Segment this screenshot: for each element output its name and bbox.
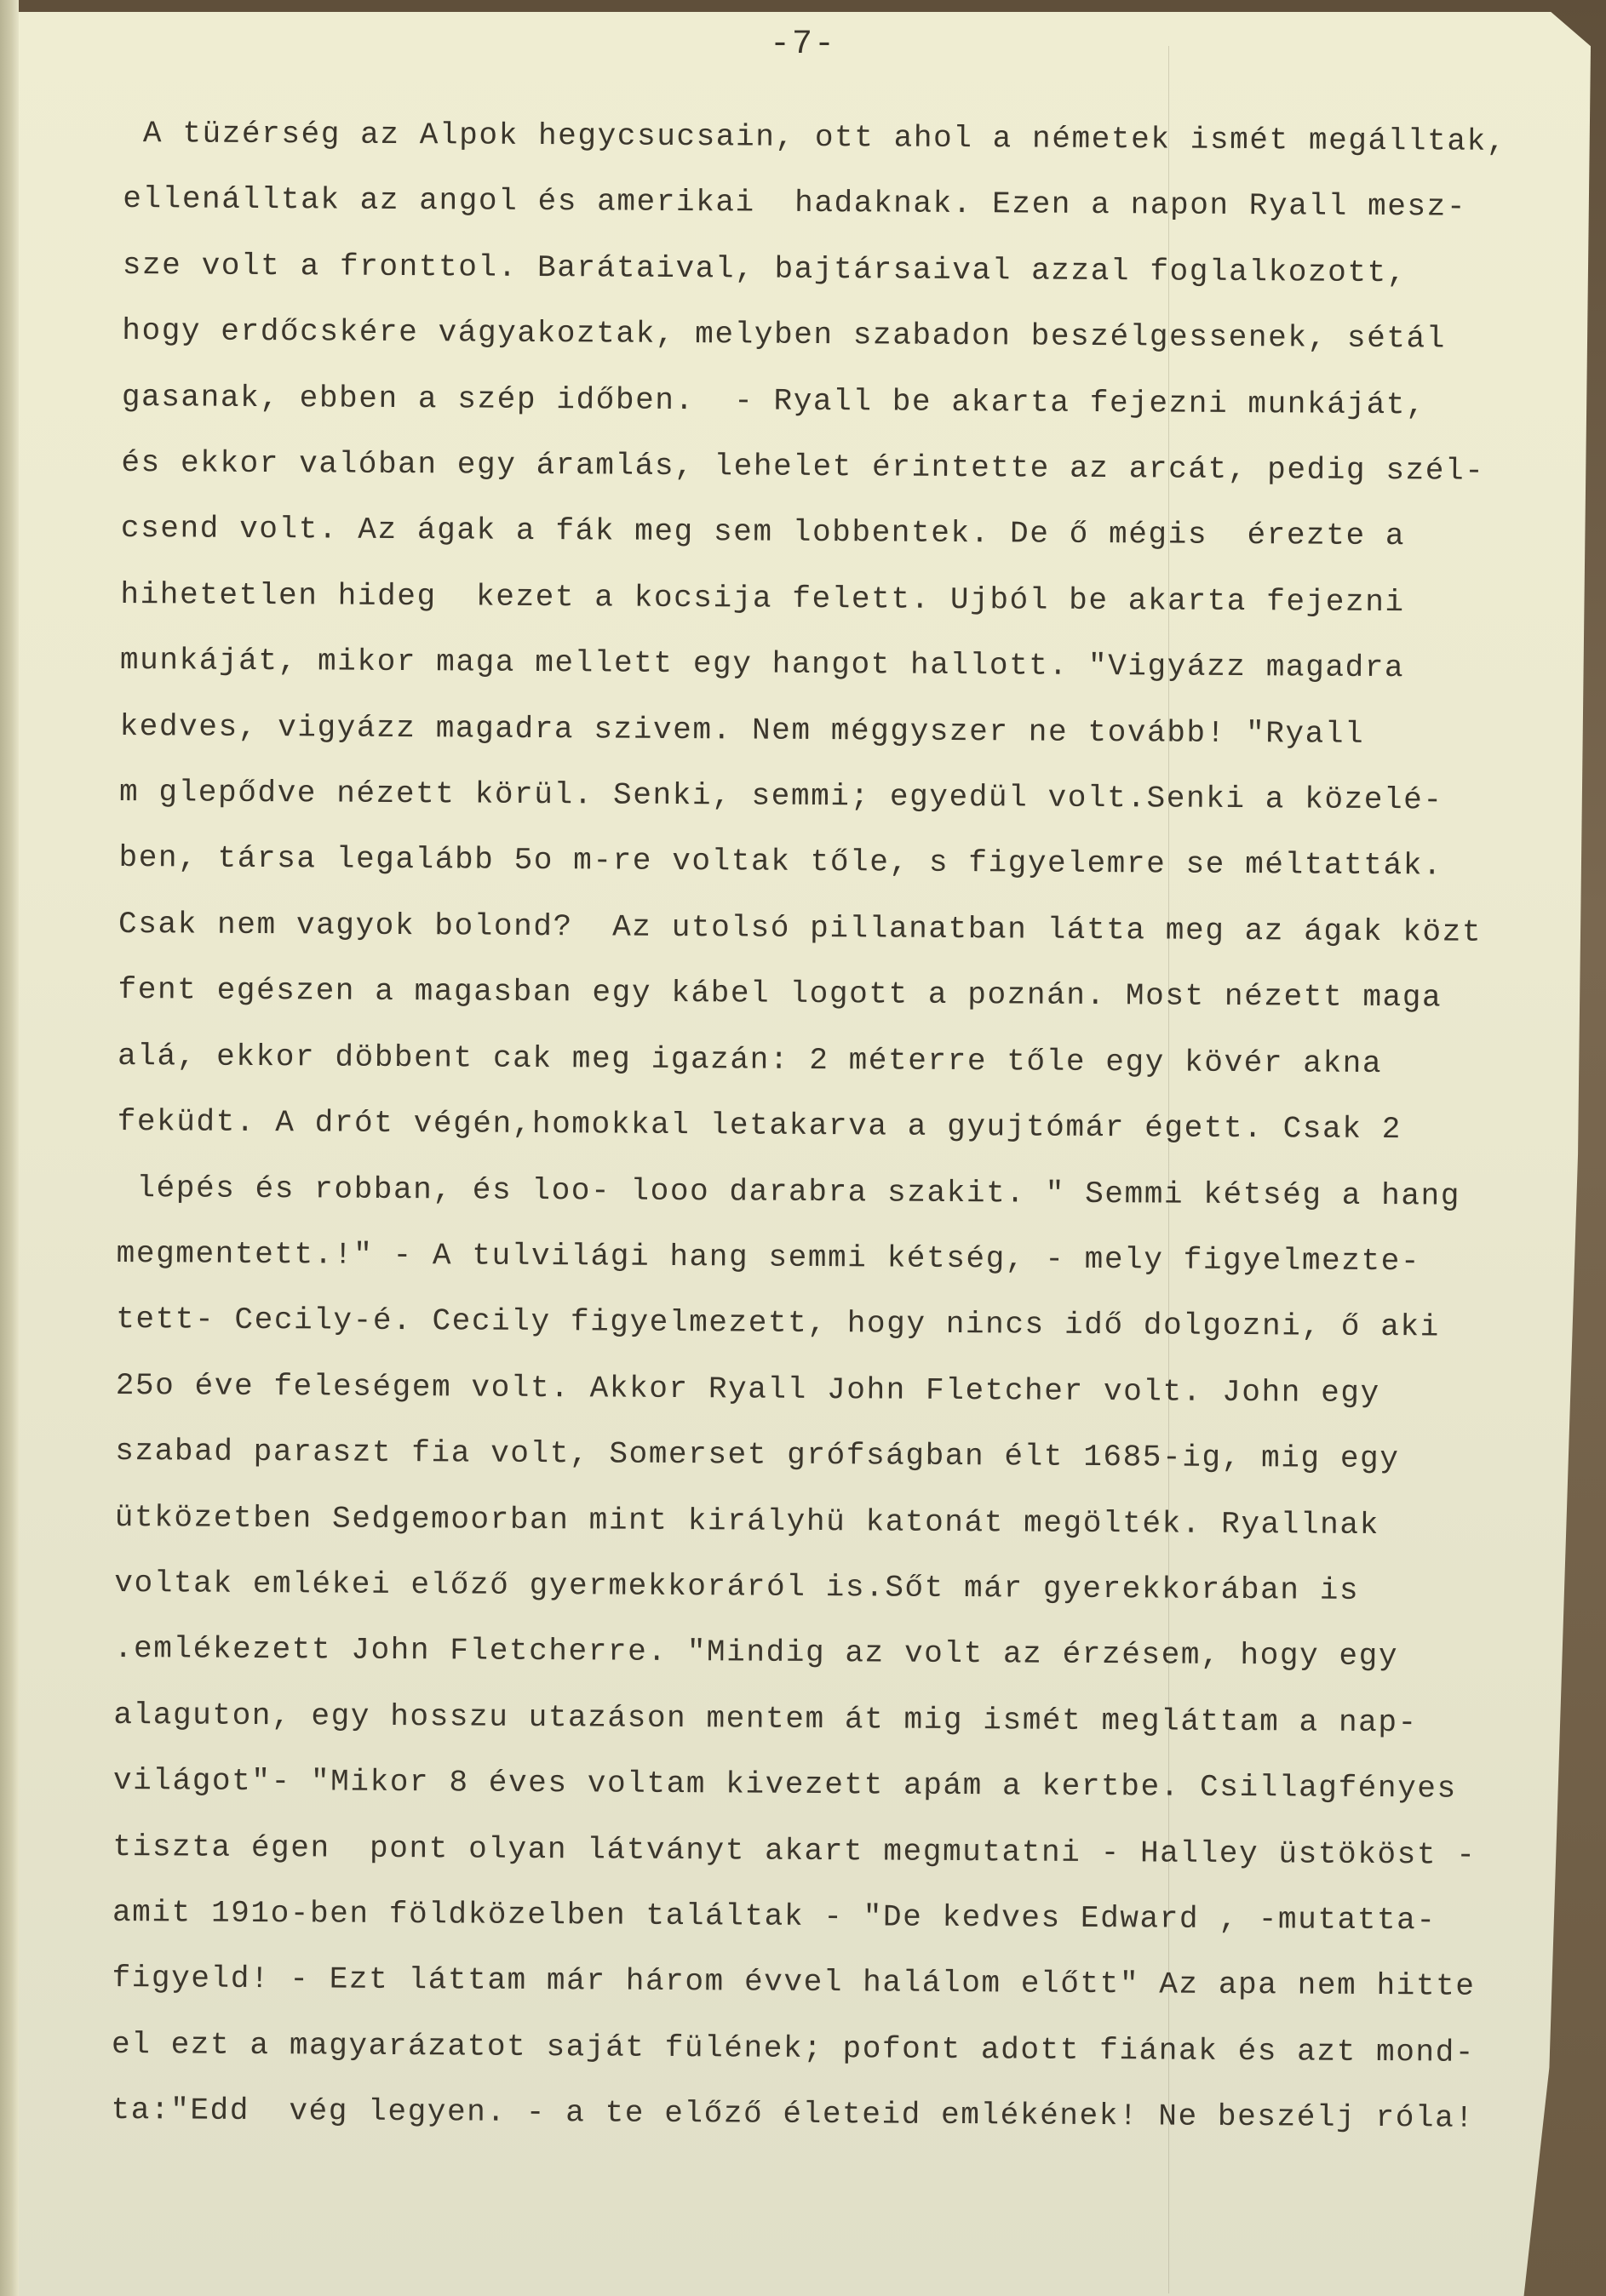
text-line: tiszta égen pont olyan látványt akart me… xyxy=(112,1814,1577,1889)
text-line: alá, ekkor döbbent cak meg igazán: 2 mét… xyxy=(118,1023,1582,1098)
text-line: amit 191o-ben földközelben találtak - "D… xyxy=(112,1880,1577,1955)
text-line: m glepődve nézett körül. Senki, semmi; e… xyxy=(119,759,1584,834)
binding-edge xyxy=(0,0,19,2296)
text-line: .emlékezett John Fletcherre. "Mindig az … xyxy=(114,1616,1579,1691)
text-line: ütközetben Sedgemoorban mint királyhü ka… xyxy=(115,1485,1580,1560)
text-line: A tüzérség az Alpok hegycsucsain, ott ah… xyxy=(123,100,1588,175)
text-line: és ekkor valóban egy áramlás, lehelet ér… xyxy=(121,430,1586,505)
text-line: tett- Cecily-é. Cecily figyelmezett, hog… xyxy=(116,1286,1580,1361)
text-line: világot"- "Mikor 8 éves voltam kivezett … xyxy=(113,1748,1578,1823)
page-number: -7- xyxy=(0,26,1606,64)
text-line: ta:"Edd vég legyen. - a te előző életeid… xyxy=(111,2077,1575,2152)
text-line: el ezt a magyarázatot saját fülének; pof… xyxy=(112,2012,1576,2087)
text-line: alaguton, egy hosszu utazáson mentem át … xyxy=(113,1682,1578,1757)
text-line: ellenálltak az angol és amerikai hadakna… xyxy=(123,166,1587,241)
text-line: feküdt. A drót végén,homokkal letakarva … xyxy=(117,1089,1581,1164)
text-line: hihetetlen hideg kezet a kocsija felett.… xyxy=(120,562,1585,637)
text-line: megmentett.!" - A tulvilági hang semmi k… xyxy=(116,1221,1580,1296)
typewritten-body: A tüzérség az Alpok hegycsucsain, ott ah… xyxy=(111,100,1588,2152)
text-line: ben, társa legalább 5o m-re voltak tőle,… xyxy=(118,825,1583,900)
text-line: szabad paraszt fia volt, Somerset grófsá… xyxy=(115,1418,1580,1493)
text-line: figyeld! - Ezt láttam már három évvel ha… xyxy=(112,1945,1576,2020)
text-line: voltak emlékei előző gyermekkoráról is.S… xyxy=(114,1550,1579,1625)
text-line: gasanak, ebben a szép időben. - Ryall be… xyxy=(122,364,1586,439)
text-line: kedves, vigyázz magadra szivem. Nem mégg… xyxy=(119,694,1584,769)
text-line: csend volt. Az ágak a fák meg sem lobben… xyxy=(121,495,1586,570)
text-line: sze volt a fronttol. Barátaival, bajtárs… xyxy=(123,232,1587,307)
text-line: lépés és robban, és loo- looo darabra sz… xyxy=(117,1154,1581,1229)
text-line: 25o éve feleségem volt. Akkor Ryall John… xyxy=(116,1353,1580,1428)
text-line: fent egészen a magasban egy kábel logott… xyxy=(118,957,1582,1032)
text-line: hogy erdőcskére vágyakoztak, melyben sza… xyxy=(122,298,1586,373)
text-line: Csak nem vagyok bolond? Az utolsó pillan… xyxy=(118,891,1583,966)
text-line: munkáját, mikor maga mellett egy hangot … xyxy=(120,627,1585,702)
